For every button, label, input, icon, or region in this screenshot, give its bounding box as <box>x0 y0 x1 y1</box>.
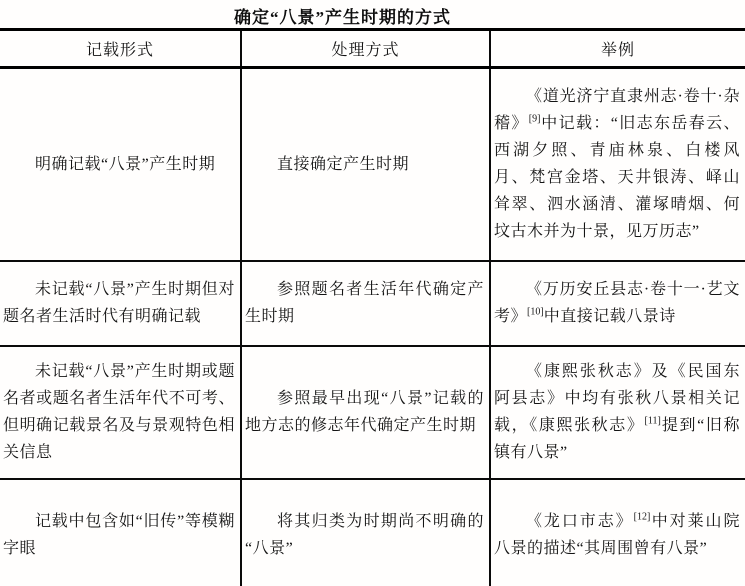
cell-record-form: 记载中包含如“旧传”等模糊字眼 <box>0 479 241 586</box>
cell-method: 参照题名者生活年代确定产生时期 <box>241 261 490 346</box>
scanned-table-page: 确定“八景”产生时期的方式 记载形式 处理方式 举例 明确记载“八景”产生时期 … <box>0 0 745 586</box>
cell-example: 《道光济宁直隶州志·卷十·杂稽》[9]中记载：“旧志东岳春云、西湖夕照、青庙林泉… <box>490 68 745 261</box>
table-title: 确定“八景”产生时期的方式 <box>0 0 745 28</box>
cell-record-form: 明确记载“八景”产生时期 <box>0 68 241 261</box>
cell-example: 《万历安丘县志·卷十一·艺文考》[10]中直接记载八景诗 <box>490 261 745 346</box>
cell-method: 将其归类为时期尚不明确的“八景” <box>241 479 490 586</box>
citation-marker: [11] <box>645 416 661 427</box>
cell-example: 《康熙张秋志》及《民国东阿县志》中均有张秋八景相关记载，《康熙张秋志》[11]提… <box>490 346 745 479</box>
table-row: 记载中包含如“旧传”等模糊字眼 将其归类为时期尚不明确的“八景” 《龙口市志》[… <box>0 479 745 586</box>
cell-method: 直接确定产生时期 <box>241 68 490 261</box>
table-row: 明确记载“八景”产生时期 直接确定产生时期 《道光济宁直隶州志·卷十·杂稽》[9… <box>0 68 745 261</box>
cell-example: 《龙口市志》[12]中对莱山院八景的描述“其周围曾有八景” <box>490 479 745 586</box>
eight-scenes-period-table: 记载形式 处理方式 举例 明确记载“八景”产生时期 直接确定产生时期 《道光济宁… <box>0 28 745 586</box>
example-text: 中直接记载八景诗 <box>544 308 676 325</box>
cell-record-form: 未记载“八景”产生时期但对题名者生活时代有明确记载 <box>0 261 241 346</box>
example-text: 《龙口市志》 <box>526 513 634 530</box>
citation-marker: [9] <box>529 114 541 125</box>
citation-marker: [12] <box>634 512 651 523</box>
cell-record-form: 未记载“八景”产生时期或题名者或题名者生活年代不可考、但明确记载景名及与景观特色… <box>0 346 241 479</box>
header-row: 记载形式 处理方式 举例 <box>0 30 745 68</box>
table-row: 未记载“八景”产生时期或题名者或题名者生活年代不可考、但明确记载景名及与景观特色… <box>0 346 745 479</box>
header-method: 处理方式 <box>241 30 490 68</box>
citation-marker: [10] <box>527 307 544 318</box>
header-record-form: 记载形式 <box>0 30 241 68</box>
cell-method: 参照最早出现“八景”记载的地方志的修志年代确定产生时期 <box>241 346 490 479</box>
example-text: 中记载：“旧志东岳春云、西湖夕照、青庙林泉、白楼风月、梵宫金塔、天井银涛、峄山耸… <box>494 115 740 240</box>
table-row: 未记载“八景”产生时期但对题名者生活时代有明确记载 参照题名者生活年代确定产生时… <box>0 261 745 346</box>
header-example: 举例 <box>490 30 745 68</box>
